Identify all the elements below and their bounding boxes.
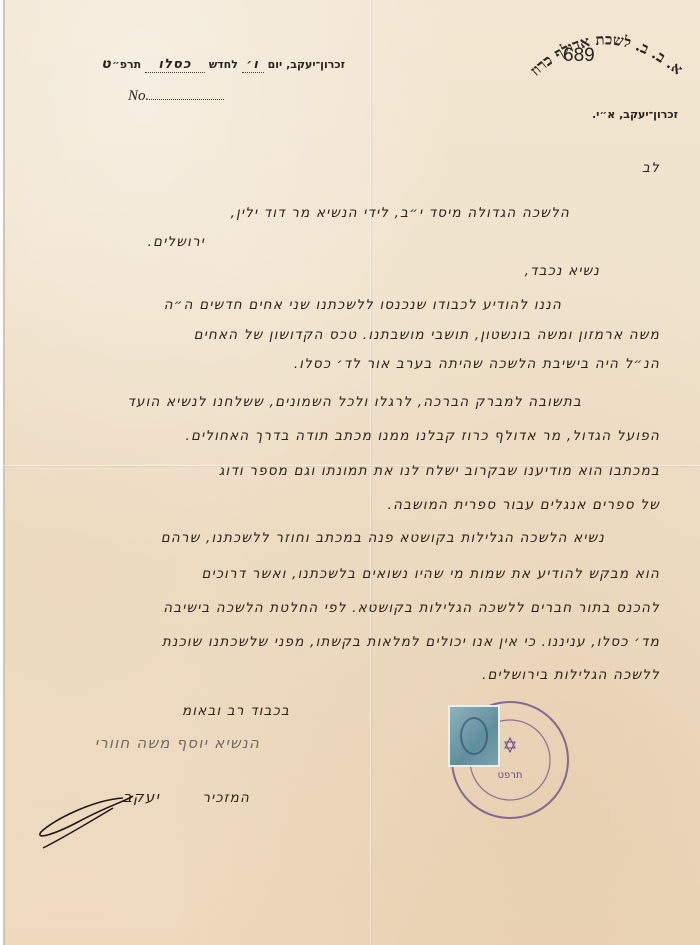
closing-regards: בכבוד רב ובאומ (182, 703, 290, 719)
body-line: בתשובה למברק הברכה, לרגלו ולכל השמונים, … (127, 394, 582, 410)
body-line: נשיא הלשכה הגלילות בקושטא פנה במכתב וחוז… (161, 530, 605, 546)
date-header: זכרון־יעקב, יום ו׳ לחדש כסלו תרפ״ט (101, 56, 345, 73)
date-month: כסלו (145, 57, 205, 73)
letter-page: א. ב. ב. לשכת אדולף כרוז 689 זכרון־יעקב,… (3, 0, 700, 945)
secretary-label: המזכיר (202, 790, 250, 806)
number-field: No. (128, 88, 224, 105)
body-line: הוא מבקש להודיע את שמות מי שהיו נשואים ב… (201, 566, 660, 582)
date-year-label: תרפ״ (112, 58, 141, 71)
body-line: במכתבו הוא מודיענו שבקרוב ישלח לנו את תמ… (219, 463, 660, 479)
body-line: הנ״ל היה בישיבת הלשכה שהיתה בערב אור לד׳… (294, 356, 660, 372)
date-day: ו׳ (242, 57, 264, 73)
letterhead-organization: א. ב. ב. לשכת אדולף כרוז (527, 30, 687, 79)
revenue-stamp (448, 705, 500, 767)
number-label: No. (128, 88, 149, 104)
body-line: להכנס בתור חברים ללשכה הגלילות בקושטא. ל… (163, 600, 660, 616)
letterhead-city: זכרון־יעקב, א״י. (592, 108, 678, 121)
body-line: של ספרים אנגלים עבור ספרית המושבה. (388, 497, 660, 513)
secretary-signature-flourish (33, 790, 143, 850)
salutation: נשיא נכבד, (525, 263, 600, 279)
body-line: משה ארמזון ומשה בונשטון, תושבי מושבתנו. … (194, 327, 660, 343)
svg-text:א. ב. ב. לשכת אדולף כרוז: א. ב. ב. לשכת אדולף כרוז (527, 30, 687, 79)
body-line: הפועל הגדול, מר אדולף כרוז קבלנו ממנו מכ… (186, 428, 660, 444)
body-line: הננו להודיע לכבודו שנכנסו ללשכתנו שני אח… (164, 297, 562, 313)
date-month-label: לחדש (209, 58, 238, 71)
lodge-number: 689 (563, 45, 595, 67)
stamp-year: תרפט (498, 770, 523, 781)
addressee-line-2: ירושלים. (148, 234, 205, 250)
reference-mark: לב (642, 160, 660, 176)
president-signature: הנשיא יוסף משה חוורי (95, 734, 260, 752)
body-line: ללשכה הגלילות בירושלים. (482, 667, 660, 683)
date-prefix: זכרון־יעקב, יום (268, 58, 345, 71)
number-value (149, 99, 224, 100)
addressee-line-1: הלשכה הגדולה מיסד י״ב, לידי הנשיא מר דוד… (231, 205, 570, 221)
letterhead-arc: א. ב. ב. לשכת אדולף כרוז (503, 18, 700, 98)
date-year-suffix: ט (101, 56, 112, 72)
body-line: מד׳ כסלו, עניננו. כי אין אנו יכולים למלא… (162, 634, 660, 650)
